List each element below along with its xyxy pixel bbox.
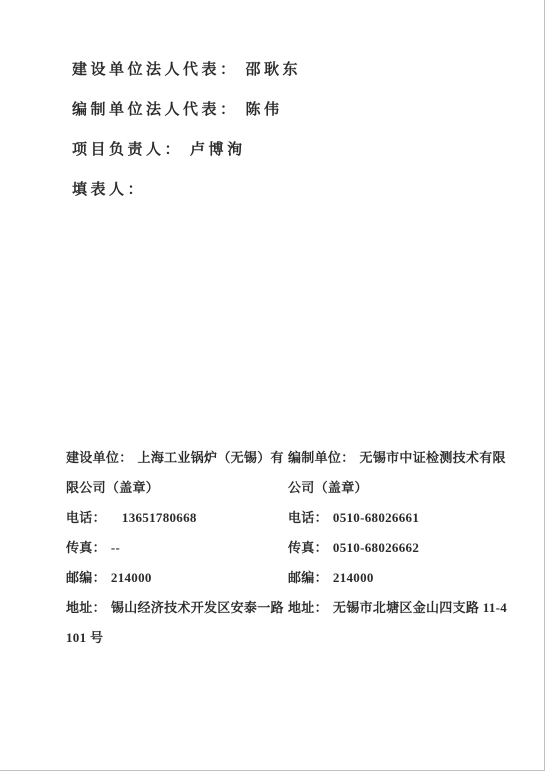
compiler-address-label: 地址： [288,600,328,615]
compiler-address-row: 地址：无锡市北塘区金山四支路 11-4 [288,593,516,623]
builder-postcode-label: 邮编： [66,570,106,585]
compiler-fax-row: 传真：0510-68026662 [288,533,516,563]
builder-contact-column: 建设单位：上海工业锅炉（无锡）有限公司（盖章） 电话：13651780668 传… [66,443,288,653]
builder-postcode-row: 邮编：214000 [66,563,288,593]
signature-block: 建设单位法人代表：邵耿东 编制单位法人代表：陈伟 项目负责人：卢博洵 填表人： [72,62,301,222]
sig-row-compiler-legal-rep: 编制单位法人代表：陈伟 [72,102,301,119]
builder-legal-rep-value: 邵耿东 [246,62,302,78]
builder-fax-label: 传真： [66,540,106,555]
compiler-contact-column: 编制单位：无锡市中证检测技术有限公司（盖章） 电话：0510-68026661 … [288,443,516,623]
compiler-fax-label: 传真： [288,540,328,555]
sig-row-form-filler: 填表人： [72,182,301,199]
builder-fax-value: -- [111,540,120,555]
builder-address-label: 地址： [66,600,106,615]
compiler-phone-value: 0510-68026661 [333,510,419,525]
builder-fax-row: 传真：-- [66,533,288,563]
compiler-legal-rep-value: 陈伟 [246,102,283,118]
builder-unit-line: 建设单位：上海工业锅炉（无锡）有限公司（盖章） [66,443,288,503]
compiler-postcode-label: 邮编： [288,570,328,585]
builder-phone-value: 13651780668 [122,510,197,525]
compiler-legal-rep-label: 编制单位法人代表： [72,102,239,118]
compiler-phone-row: 电话：0510-68026661 [288,503,516,533]
project-leader-value: 卢博洵 [190,142,246,158]
compiler-unit-line: 编制单位：无锡市中证检测技术有限公司（盖章） [288,443,516,503]
builder-address-row: 地址：锡山经济技术开发区安泰一路 101 号 [66,593,288,653]
project-leader-label: 项目负责人： [72,142,183,158]
builder-legal-rep-label: 建设单位法人代表： [72,62,239,78]
builder-postcode-value: 214000 [111,570,152,585]
form-filler-label: 填表人： [72,182,146,198]
compiler-postcode-value: 214000 [333,570,374,585]
builder-phone-row: 电话：13651780668 [66,503,288,533]
builder-unit-label: 建设单位： [66,450,133,465]
compiler-postcode-row: 邮编：214000 [288,563,516,593]
compiler-phone-label: 电话： [288,510,328,525]
sig-row-builder-legal-rep: 建设单位法人代表：邵耿东 [72,62,301,79]
compiler-fax-value: 0510-68026662 [333,540,419,555]
compiler-unit-label: 编制单位： [288,450,355,465]
document-page: 建设单位法人代表：邵耿东 编制单位法人代表：陈伟 项目负责人：卢博洵 填表人： … [0,0,545,771]
sig-row-project-leader: 项目负责人：卢博洵 [72,142,301,159]
builder-phone-label: 电话： [66,510,106,525]
compiler-address-value: 无锡市北塘区金山四支路 11-4 [333,600,507,615]
